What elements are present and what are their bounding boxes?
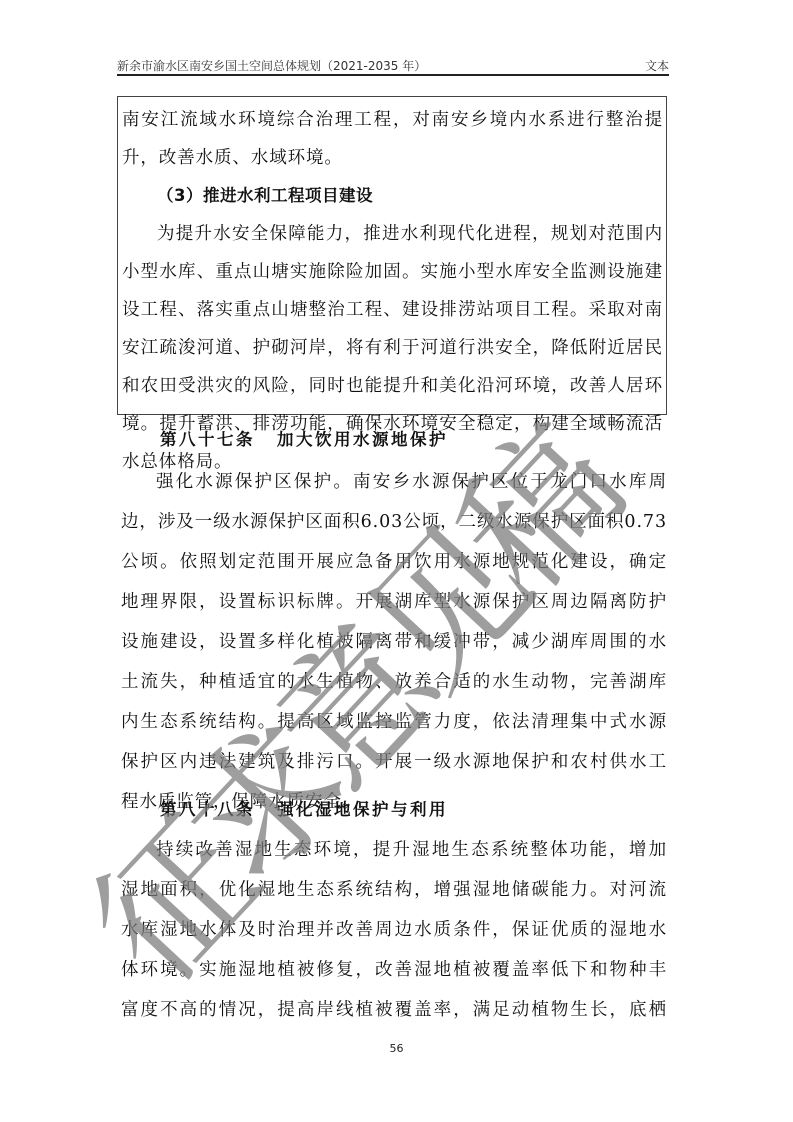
paragraph-line: 湿地面积，优化湿地生态系统结构，增强湿地储碳能力。对河流: [121, 870, 667, 910]
article-number: 第八十八条: [160, 800, 255, 819]
sub-heading: （3）推进水利工程项目建设: [122, 177, 663, 215]
paragraph-line: 体环境。实施湿地植被修复，改善湿地植被覆盖率低下和物种丰: [121, 950, 667, 990]
box-line: 为提升水安全保障能力，推进水利现代化进程，规划对范围内: [122, 215, 663, 253]
article-87-body: 强化水源保护区保护。南安乡水源保护区位于龙门口水库周 边，涉及一级水源保护区面积…: [121, 462, 667, 822]
article-title: 加大饮用水源地保护: [277, 430, 448, 449]
paragraph-line: 地理界限，设置标识标牌。开展湖库型水源保护区周边隔离防护: [121, 582, 667, 622]
article-number: 第八十七条: [160, 430, 255, 449]
paragraph-line: 保护区内违法建筑及排污口。开展一级水源地保护和农村供水工: [121, 742, 667, 782]
paragraph-line: 富度不高的情况，提高岸线植被覆盖率，满足动植物生长，底栖: [121, 990, 667, 1030]
article-87-heading: 第八十七条加大饮用水源地保护: [160, 426, 448, 450]
paragraph-line: 强化水源保护区保护。南安乡水源保护区位于龙门口水库周: [121, 462, 667, 502]
paragraph-line: 水库湿地水体及时治理并改善周边水质条件，保证优质的湿地水: [121, 910, 667, 950]
paragraph-line: 土流失，种植适宜的水生植物、放养合适的水生动物，完善湖库: [121, 662, 667, 702]
page-header: 新余市渝水区南安乡国土空间总体规划（2021-2035 年） 文本: [117, 54, 669, 76]
article-title: 强化湿地保护与利用: [277, 800, 448, 819]
box-line: 南安江流域水环境综合治理工程，对南安乡境内水系进行整治提: [122, 101, 663, 139]
box-line: 和农田受洪灾的风险，同时也能提升和美化沿河环境，改善人居环: [122, 367, 663, 405]
box-line: 设工程、落实重点山塘整治工程、建设排涝站项目工程。采取对南: [122, 291, 663, 329]
box-line: 升，改善水质、水域环境。: [122, 139, 663, 177]
paragraph-line: 内生态系统结构。提高区域监控监管力度，依法清理集中式水源: [121, 702, 667, 742]
article-88-body: 持续改善湿地生态环境，提升湿地生态系统整体功能，增加 湿地面积，优化湿地生态系统…: [121, 830, 667, 1030]
article-88-heading: 第八十八条强化湿地保护与利用: [160, 796, 448, 820]
boxed-section: 南安江流域水环境综合治理工程，对南安乡境内水系进行整治提 升，改善水质、水域环境…: [117, 96, 667, 415]
box-line: 小型水库、重点山塘实施除险加固。实施小型水库安全监测设施建: [122, 253, 663, 291]
paragraph-line: 设施建设，设置多样化植被隔离带和缓冲带，减少湖库周围的水: [121, 622, 667, 662]
page-number: 56: [0, 1042, 793, 1055]
section-label: 文本: [645, 57, 669, 74]
document-title: 新余市渝水区南安乡国土空间总体规划（2021-2035 年）: [117, 57, 426, 74]
paragraph-line: 持续改善湿地生态环境，提升湿地生态系统整体功能，增加: [121, 830, 667, 870]
box-line: 安江疏浚河道、护砌河岸，将有利于河道行洪安全，降低附近居民: [122, 329, 663, 367]
paragraph-line: 公顷。依照划定范围开展应急备用饮用水源地规范化建设，确定: [121, 542, 667, 582]
paragraph-line: 边，涉及一级水源保护区面积6.03公顷，二级水源保护区面积0.73: [121, 502, 667, 542]
